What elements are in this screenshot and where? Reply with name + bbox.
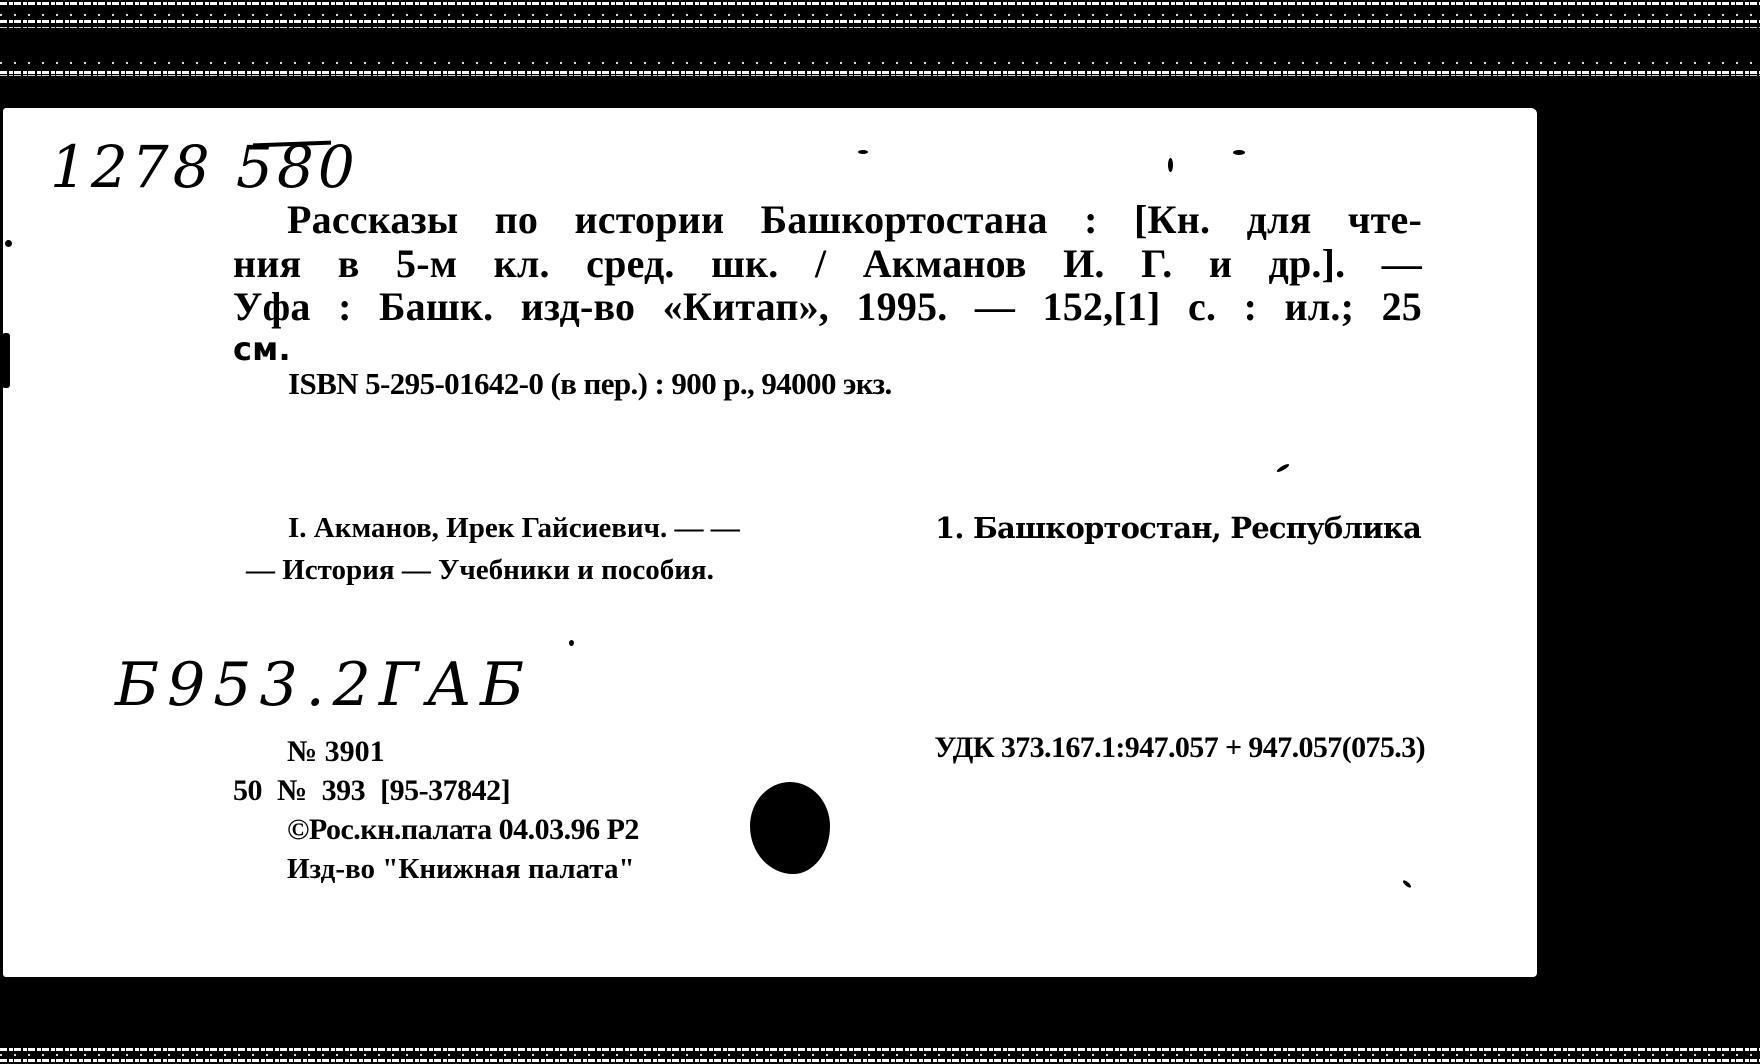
description-text: Уфа : Башк. изд-во «Китап», 1995. — 152,… xyxy=(233,287,1422,327)
scan-speck xyxy=(1168,158,1173,172)
scan-speck xyxy=(858,150,868,154)
subject-line-1-right: 1. Башкортостан, Республика xyxy=(935,514,1421,543)
scan-noise-band xyxy=(0,2,1760,5)
scan-noise-band xyxy=(0,75,1760,76)
scan-speck xyxy=(1233,150,1245,155)
publisher-line: Изд-во "Книжная палата" xyxy=(287,855,635,884)
description-line-2: ния в 5-м кл. сред. шк. / Акманов И. Г. … xyxy=(233,244,1422,284)
description-line-4: см. xyxy=(233,333,291,365)
ink-blot xyxy=(750,782,830,874)
subject-line-2: — История — Учебники и пособия. xyxy=(246,556,714,585)
subject-line-1-left: I. Акманов, Ирек Гайсиевич. — — xyxy=(288,514,740,543)
scan-noise-band xyxy=(0,71,1760,74)
udk-classification: УДК 373.167.1:947.057 + 947.057(075.3) xyxy=(808,733,1425,763)
isbn-line: ISBN 5-295-01642-0 (в пер.) : 900 р., 94… xyxy=(288,368,892,399)
scan-noise-band xyxy=(0,1048,1760,1051)
handwritten-shelfmark: Б953.2ГАБ xyxy=(115,655,532,715)
record-number: 50 № 393 [95-37842] xyxy=(233,776,510,806)
handwritten-accession-number: 1278 580 xyxy=(50,138,359,196)
scan-edge-mark xyxy=(2,333,10,388)
description-text: Рассказы по истории Башкортостана : [Кн.… xyxy=(287,200,1422,240)
scan-noise-band xyxy=(0,14,1760,16)
scan-noise-band xyxy=(0,1059,1760,1062)
scan-noise-band xyxy=(0,62,1760,64)
copyright-line: ©Рос.кн.палата 04.03.96 Р2 xyxy=(287,815,639,845)
scan-noise-band xyxy=(0,20,1760,23)
card-number: № 3901 xyxy=(287,737,385,767)
description-text: ния в 5-м кл. сред. шк. / Акманов И. Г. … xyxy=(233,244,1422,284)
description-line-3: Уфа : Башк. изд-во «Китап», 1995. — 152,… xyxy=(233,287,1422,327)
scan-speck xyxy=(569,640,574,646)
description-line-1: Рассказы по истории Башкортостана : [Кн.… xyxy=(287,200,1422,240)
scan-noise-band xyxy=(0,27,1760,28)
scan-speck xyxy=(5,240,12,247)
scan-noise-band xyxy=(0,1054,1760,1056)
